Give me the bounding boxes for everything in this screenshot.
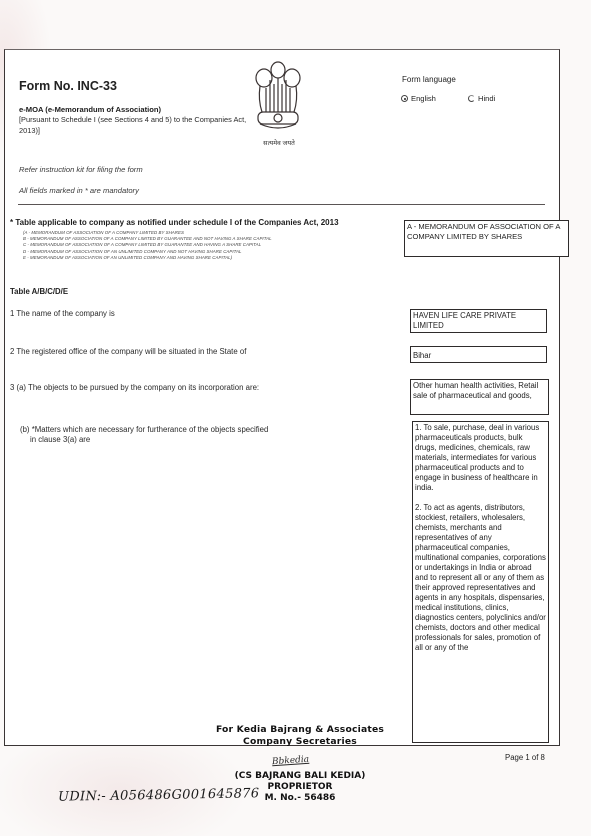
matters-label: (b) *Matters which are necessary for fur…: [20, 425, 268, 445]
table-option: C - MEMORANDUM OF ASSOCIATION OF A COMPA…: [23, 242, 272, 248]
signature: Bbkedia: [272, 755, 310, 768]
section-divider: [18, 204, 545, 205]
page-number: Page 1 of 8: [505, 753, 545, 762]
radio-hindi-label: Hindi: [478, 94, 495, 103]
company-name-label: 1 The name of the company is: [10, 309, 115, 318]
matters-field[interactable]: 1. To sale, purchase, deal in various ph…: [412, 421, 549, 743]
stamp-firm-name: For Kedia Bajrang & Associates: [180, 724, 420, 735]
table-option: D - MEMORANDUM OF ASSOCIATION OF AN UNLI…: [23, 249, 272, 255]
radio-english-label: English: [411, 94, 436, 103]
mandatory-fields-note: All fields marked in * are mandatory: [19, 186, 139, 195]
form-language-label: Form language: [402, 75, 456, 84]
table-abcde-label: Table A/B/C/D/E: [10, 287, 68, 296]
matters-label-line2: in clause 3(a) are: [20, 435, 268, 445]
radio-hindi[interactable]: Hindi: [468, 94, 495, 103]
table-options-list: (A - MEMORANDUM OF ASSOCIATION OF A COMP…: [23, 230, 272, 261]
signatory-name: (CS BAJRANG BALI KEDIA): [190, 771, 410, 782]
objects-label: 3 (a) The objects to be pursued by the c…: [10, 383, 259, 392]
table-option: E - MEMORANDUM OF ASSOCIATION OF AN UNLI…: [23, 255, 272, 261]
company-name-field[interactable]: HAVEN LIFE CARE PRIVATE LIMITED: [410, 309, 547, 333]
radio-checked-icon[interactable]: [401, 95, 408, 102]
radio-unchecked-icon[interactable]: [468, 95, 475, 102]
registered-state-field[interactable]: Bihar: [410, 346, 547, 363]
radio-english[interactable]: English: [401, 94, 436, 103]
pursuant-note: [Pursuant to Schedule I (see Sections 4 …: [19, 114, 249, 136]
matters-label-line1: (b) *Matters which are necessary for fur…: [20, 425, 268, 434]
instruction-kit-note: Refer instruction kit for filing the for…: [19, 165, 143, 174]
firm-stamp: For Kedia Bajrang & Associates Company S…: [180, 724, 420, 747]
stamp-firm-type: Company Secretaries: [180, 736, 420, 747]
table-selection-field[interactable]: A - MEMORANDUM OF ASSOCIATION OF A COMPA…: [404, 220, 569, 257]
table-applicable-heading: * Table applicable to company as notifie…: [10, 218, 339, 227]
objects-field[interactable]: Other human health activities, Retail sa…: [410, 379, 549, 415]
form-number: Form No. INC-33: [19, 79, 117, 93]
emblem-motto: सत्यमेव जयते: [252, 138, 306, 147]
registered-state-label: 2 The registered office of the company w…: [10, 347, 246, 356]
